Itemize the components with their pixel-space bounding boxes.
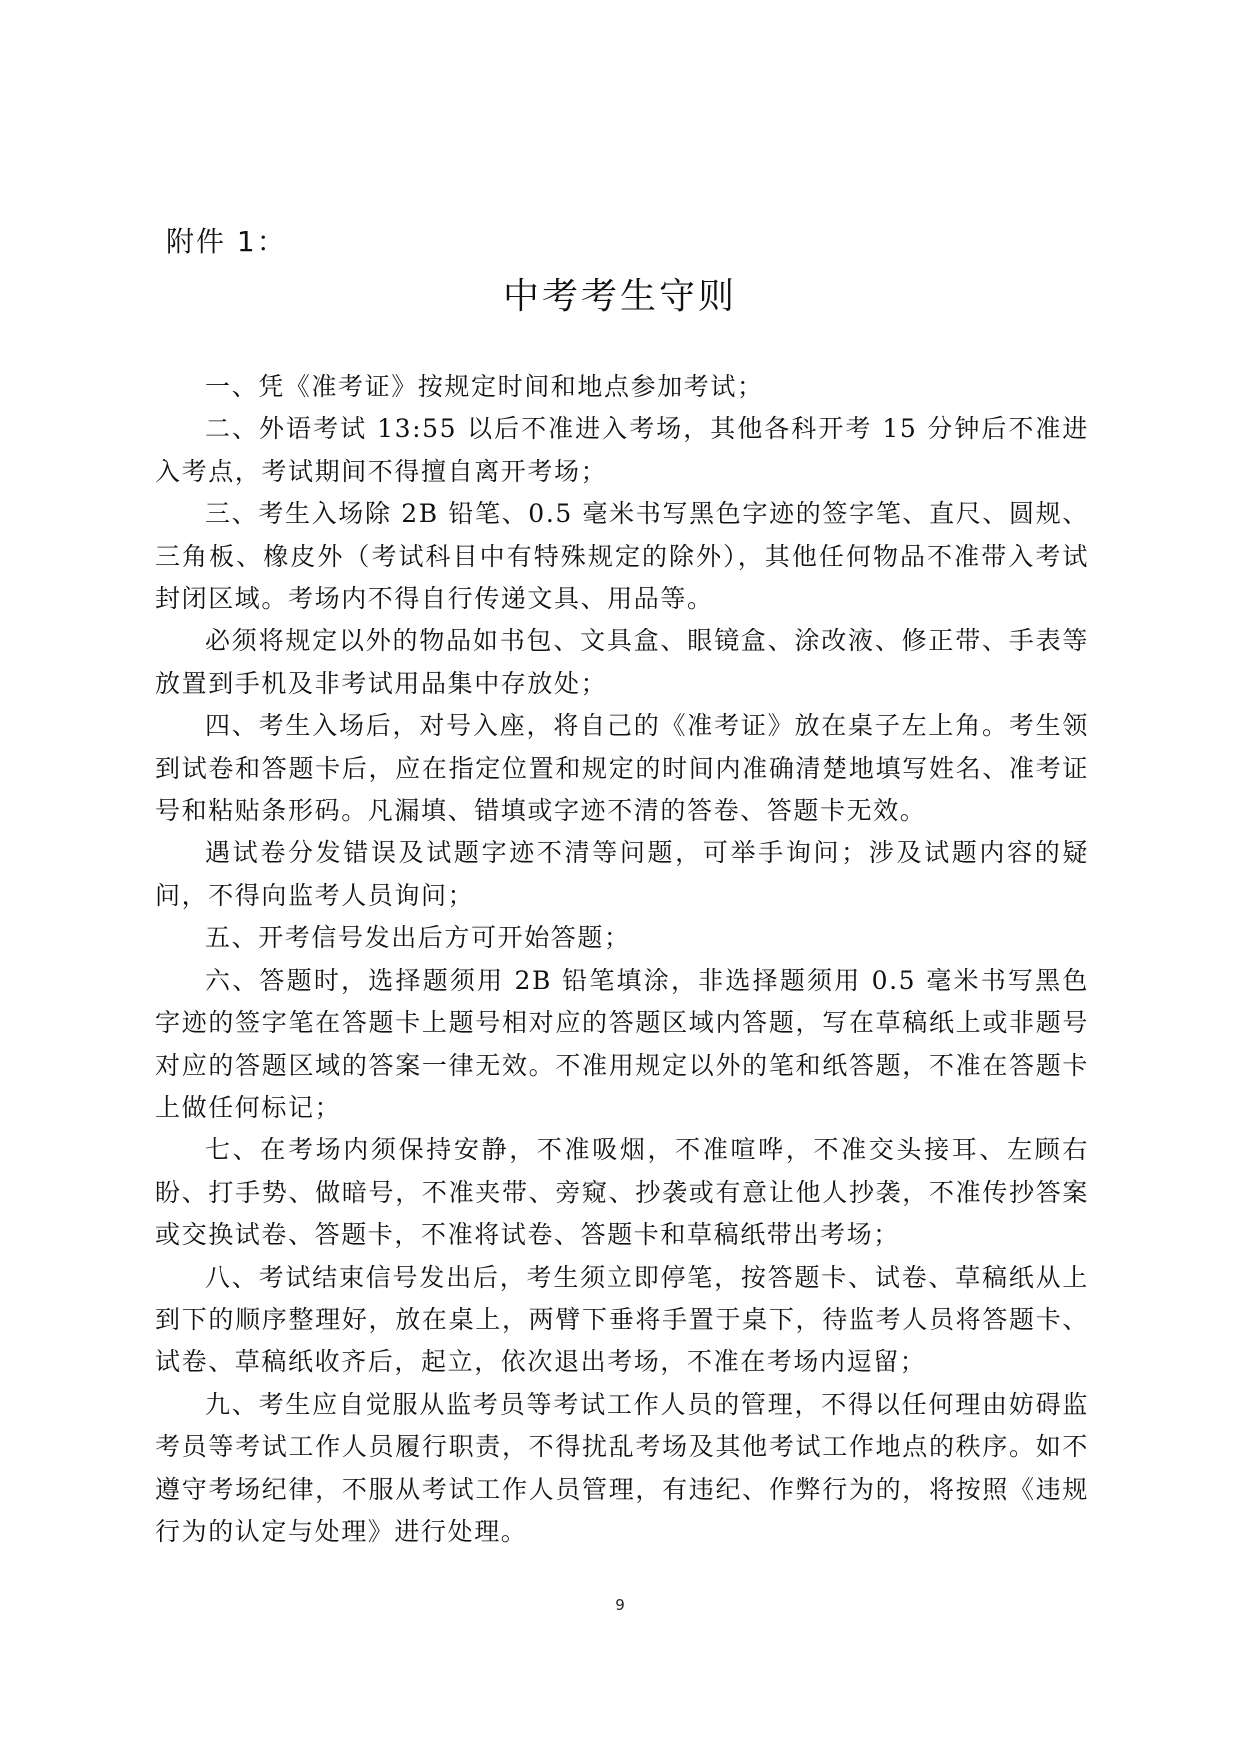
rule-paragraph-4-supplement: 遇试卷分发错误及试题字迹不清等问题，可举手询问；涉及试题内容的疑问，不得向监考人… [155, 832, 1089, 917]
rule-paragraph-1: 一、凭《准考证》按规定时间和地点参加考试； [155, 366, 1089, 408]
rule-paragraph-2: 二、外语考试 13:55 以后不准进入考场，其他各科开考 15 分钟后不准进入考… [155, 408, 1089, 493]
rule-paragraph-6: 六、答题时，选择题须用 2B 铅笔填涂，非选择题须用 0.5 毫米书写黑色字迹的… [155, 960, 1089, 1130]
page-number: 9 [0, 1596, 1240, 1614]
rule-paragraph-4: 四、考生入场后，对号入座，将自己的《准考证》放在桌子左上角。考生领到试卷和答题卡… [155, 705, 1089, 832]
document-page: 附件 1： 中考考生守则 一、凭《准考证》按规定时间和地点参加考试； 二、外语考… [0, 0, 1240, 1753]
rule-paragraph-3-supplement: 必须将规定以外的物品如书包、文具盒、眼镜盒、涂改液、修正带、手表等放置到手机及非… [155, 620, 1089, 705]
rule-paragraph-9: 九、考生应自觉服从监考员等考试工作人员的管理，不得以任何理由妨碍监考员等考试工作… [155, 1384, 1089, 1554]
attachment-label: 附件 1： [166, 222, 287, 262]
rule-paragraph-7: 七、在考场内须保持安静，不准吸烟，不准喧哗，不准交头接耳、左顾右盼、打手势、做暗… [155, 1129, 1089, 1256]
rule-paragraph-3: 三、考生入场除 2B 铅笔、0.5 毫米书写黑色字迹的签字笔、直尺、圆规、三角板… [155, 493, 1089, 620]
document-body: 一、凭《准考证》按规定时间和地点参加考试； 二、外语考试 13:55 以后不准进… [155, 366, 1089, 1553]
document-title: 中考考生守则 [0, 272, 1240, 322]
rule-paragraph-5: 五、开考信号发出后方可开始答题； [155, 917, 1089, 959]
rule-paragraph-8: 八、考试结束信号发出后，考生须立即停笔，按答题卡、试卷、草稿纸从上到下的顺序整理… [155, 1257, 1089, 1384]
